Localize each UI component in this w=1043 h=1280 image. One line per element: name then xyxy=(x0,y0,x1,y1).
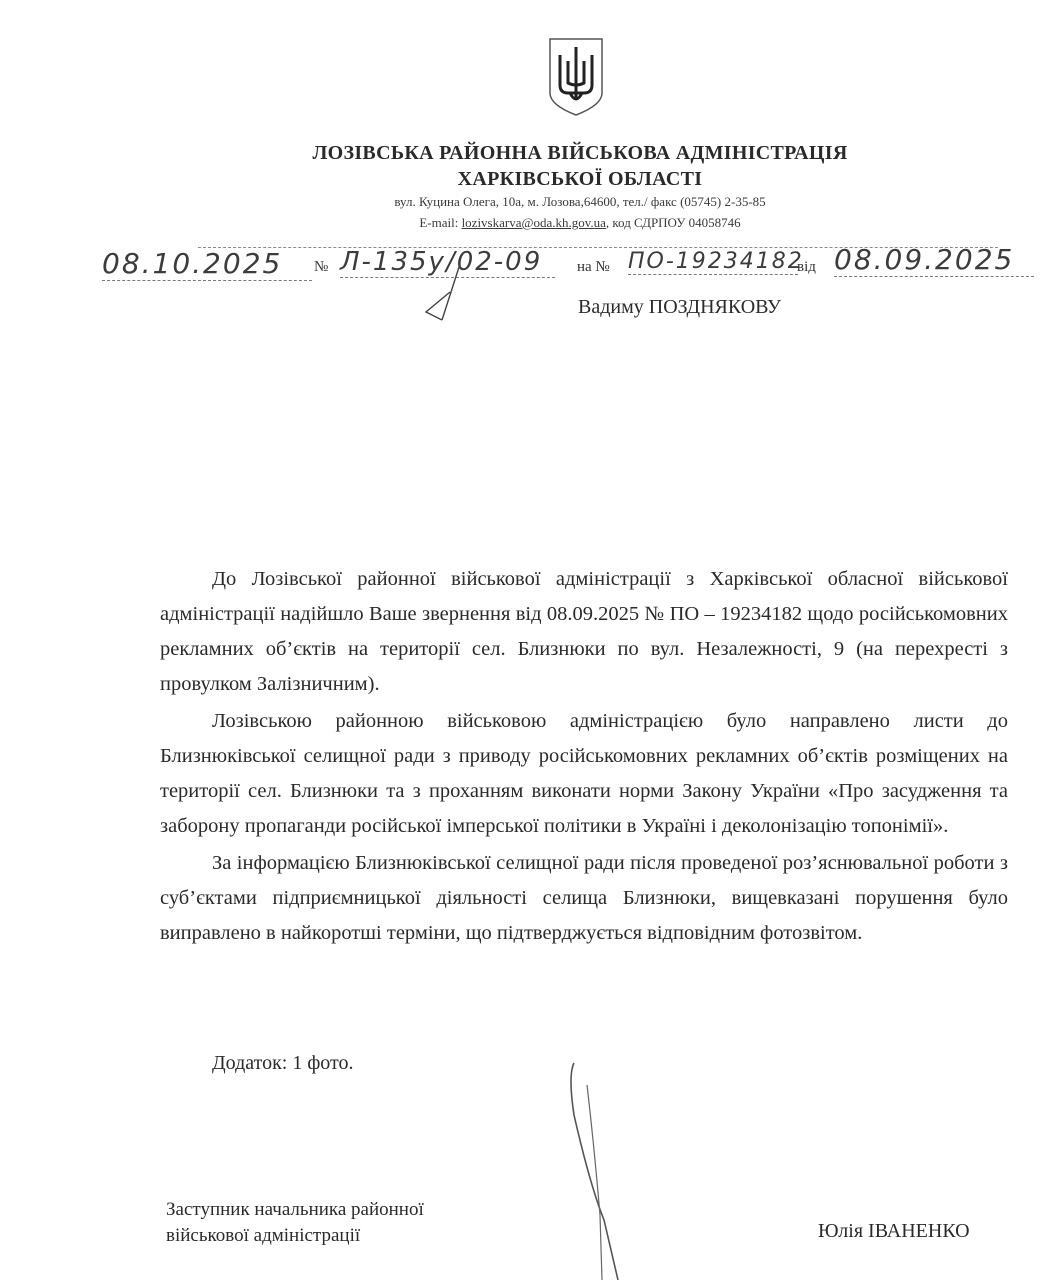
edrpou-code: , код СДРПОУ 04058746 xyxy=(606,215,741,230)
organization-name: ЛОЗІВСЬКА РАЙОННА ВІЙСЬКОВА АДМІНІСТРАЦІ… xyxy=(0,142,1043,165)
signer-position-line1: Заступник начальника районної xyxy=(166,1197,424,1223)
signer-position-line2: військової адміністрації xyxy=(166,1223,424,1249)
body-paragraph: За інформацією Близнюківської селищної р… xyxy=(160,846,1008,951)
trident-coat-of-arms-icon xyxy=(546,35,606,119)
handwritten-check-mark xyxy=(420,262,470,322)
organization-region: ХАРКІВСЬКОЇ ОБЛАСТІ xyxy=(0,168,1043,191)
email-label: E-mail: xyxy=(419,215,461,230)
signer-position: Заступник начальника районної військової… xyxy=(166,1197,424,1249)
reference-number-label: на № xyxy=(577,259,610,276)
reference-date: 08.09.2025 xyxy=(834,243,1034,277)
body-paragraph: До Лозівської районної військової адміні… xyxy=(160,562,1008,702)
organization-address: вул. Куцина Олега, 10а, м. Лозова,64600,… xyxy=(0,194,1043,210)
email-link[interactable]: lozivskarva@oda.kh.gov.ua xyxy=(462,215,606,230)
attachment-note: Додаток: 1 фото. xyxy=(212,1052,354,1075)
signer-name: Юлія ІВАНЕНКО xyxy=(818,1220,970,1243)
body-paragraph: Лозівською районною військовою адміністр… xyxy=(160,704,1008,844)
reference-date-label: від xyxy=(797,259,816,276)
outgoing-date: 08.10.2025 xyxy=(102,247,312,281)
letter-body: До Лозівської районної військової адміні… xyxy=(160,562,1008,953)
recipient-name: Вадиму ПОЗДНЯКОВУ xyxy=(578,296,781,319)
reference-number: ПО-19234182 xyxy=(628,249,798,275)
handwritten-signature xyxy=(560,1055,660,1280)
outgoing-number-label: № xyxy=(314,259,328,276)
organization-contacts: E-mail: lozivskarva@oda.kh.gov.ua, код С… xyxy=(0,215,1043,231)
